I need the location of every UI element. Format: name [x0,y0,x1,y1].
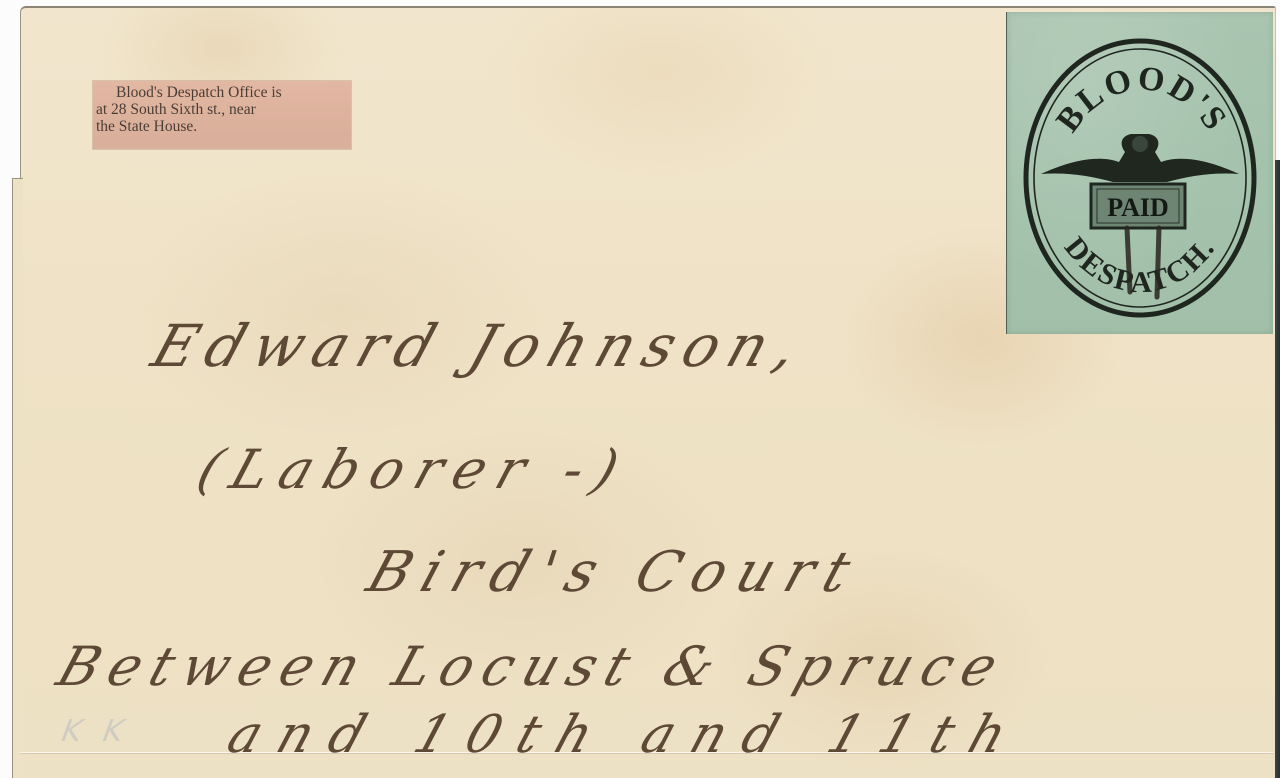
bloods-despatch-stamp: BLOOD'S DESPATCH. PAID [1006,12,1273,334]
scan-background-edge [1275,160,1280,778]
label-line-1: Blood's Despatch Office is [96,84,347,101]
envelope-flap-edge [12,178,23,778]
paid-box: PAID [1091,184,1185,228]
stamp-bottom-text: DESPATCH. [1058,231,1222,299]
fold-line [20,752,1274,753]
label-line-3: the State House. [96,118,347,135]
label-line-2: at 28 South Sixth st., near [96,101,347,118]
stamp-design: BLOOD'S DESPATCH. PAID [1007,12,1273,334]
stamp-top-text: BLOOD'S [1049,60,1235,139]
stamp-paid-text: PAID [1107,193,1169,222]
eagle-icon [1041,134,1239,182]
despatch-office-label: Blood's Despatch Office is at 28 South S… [93,81,351,149]
